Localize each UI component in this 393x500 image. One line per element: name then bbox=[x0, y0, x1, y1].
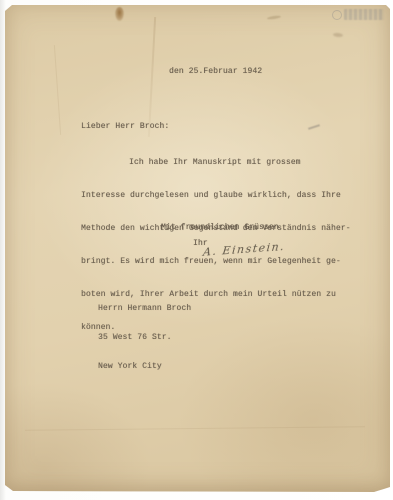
paper-stain bbox=[115, 7, 124, 21]
body-line: Interesse durchgelesen und glaube wirkli… bbox=[81, 188, 346, 203]
address-line: New York City bbox=[98, 361, 191, 372]
dealer-watermark-icon bbox=[332, 9, 384, 20]
letter-date: den 25.Februar 1942 bbox=[169, 67, 262, 76]
recipient-address: Herrn Hermann Broch 35 West 76 Str. New … bbox=[98, 285, 191, 390]
address-line: Herrn Hermann Broch bbox=[98, 303, 191, 314]
paper-crease bbox=[148, 17, 156, 137]
pencil-mark bbox=[308, 124, 320, 130]
watermark-circle-icon bbox=[332, 10, 342, 20]
watermark-text-block bbox=[344, 9, 384, 20]
address-line: 35 West 76 Str. bbox=[98, 332, 191, 343]
letter-closing: Mit freundlichen Grüssen bbox=[161, 223, 279, 232]
paper-crease bbox=[54, 45, 61, 135]
letter-paper: den 25.Februar 1942 Lieber Herr Broch: I… bbox=[5, 5, 390, 492]
letter-photograph: den 25.Februar 1942 Lieber Herr Broch: I… bbox=[0, 0, 393, 500]
body-line: Ich habe Ihr Manuskript mit grossem bbox=[81, 155, 346, 170]
paper-crease bbox=[25, 426, 365, 431]
paper-mark bbox=[267, 15, 281, 20]
letter-salutation: Lieber Herr Broch: bbox=[81, 122, 169, 131]
paper-mark bbox=[333, 32, 343, 37]
